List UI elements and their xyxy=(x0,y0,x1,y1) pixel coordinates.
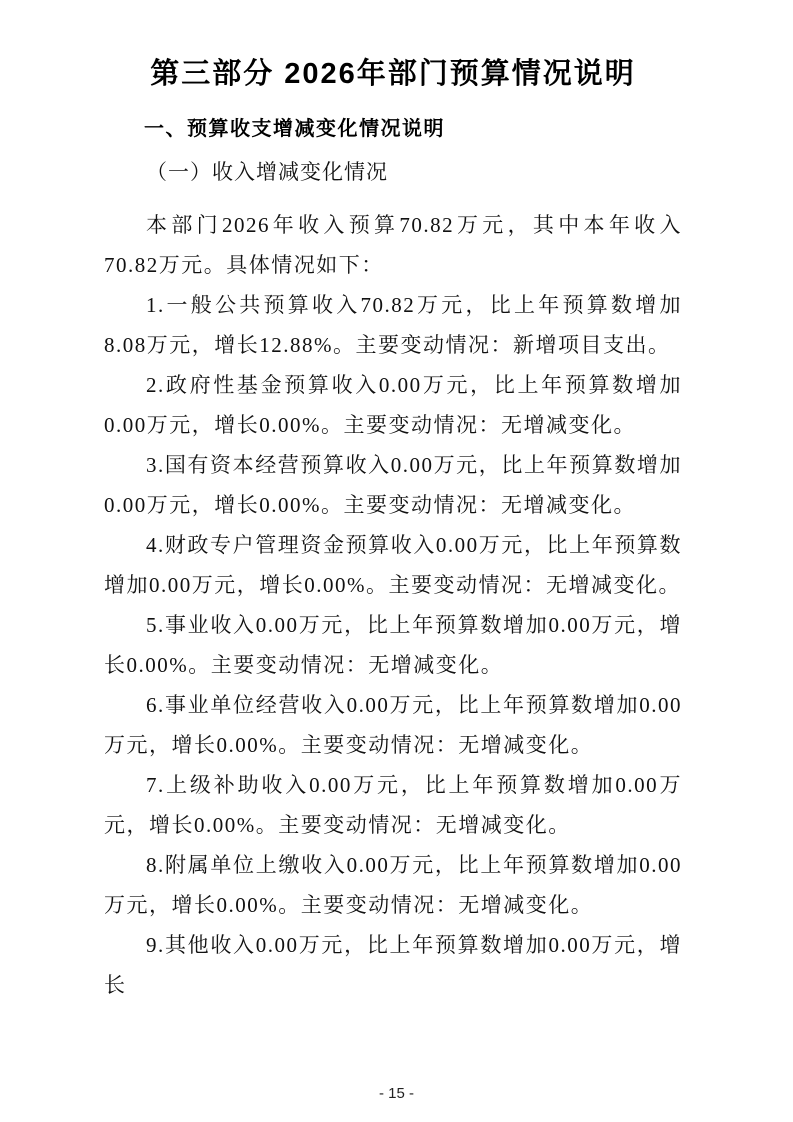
document-content: 第三部分 2026年部门预算情况说明 一、预算收支增减变化情况说明 （一）收入增… xyxy=(104,52,682,1005)
body-text: 本部门2026年收入预算70.82万元，其中本年收入70.82万元。具体情况如下… xyxy=(104,205,682,1005)
paragraph: 7.上级补助收入0.00万元，比上年预算数增加0.00万元，增长0.00%。主要… xyxy=(104,765,682,845)
paragraph: 5.事业收入0.00万元，比上年预算数增加0.00万元，增长0.00%。主要变动… xyxy=(104,605,682,685)
sub-heading: （一）收入增减变化情况 xyxy=(104,152,682,192)
paragraph: 9.其他收入0.00万元，比上年预算数增加0.00万元，增长 xyxy=(104,925,682,1005)
paragraph: 8.附属单位上缴收入0.00万元，比上年预算数增加0.00万元，增长0.00%。… xyxy=(104,845,682,925)
paragraph: 4.财政专户管理资金预算收入0.00万元，比上年预算数增加0.00万元，增长0.… xyxy=(104,525,682,605)
paragraph: 3.国有资本经营预算收入0.00万元，比上年预算数增加0.00万元，增长0.00… xyxy=(104,445,682,525)
document-page: 第三部分 2026年部门预算情况说明 一、预算收支增减变化情况说明 （一）收入增… xyxy=(0,0,793,1122)
page-number: - 15 - xyxy=(0,1085,793,1102)
paragraph: 6.事业单位经营收入0.00万元，比上年预算数增加0.00万元，增长0.00%。… xyxy=(104,685,682,765)
paragraph: 本部门2026年收入预算70.82万元，其中本年收入70.82万元。具体情况如下… xyxy=(104,205,682,285)
paragraph: 1.一般公共预算收入70.82万元，比上年预算数增加8.08万元，增长12.88… xyxy=(104,285,682,365)
document-title: 第三部分 2026年部门预算情况说明 xyxy=(104,52,682,96)
paragraph: 2.政府性基金预算收入0.00万元，比上年预算数增加0.00万元，增长0.00%… xyxy=(104,365,682,445)
section-heading: 一、预算收支增减变化情况说明 xyxy=(104,114,682,144)
